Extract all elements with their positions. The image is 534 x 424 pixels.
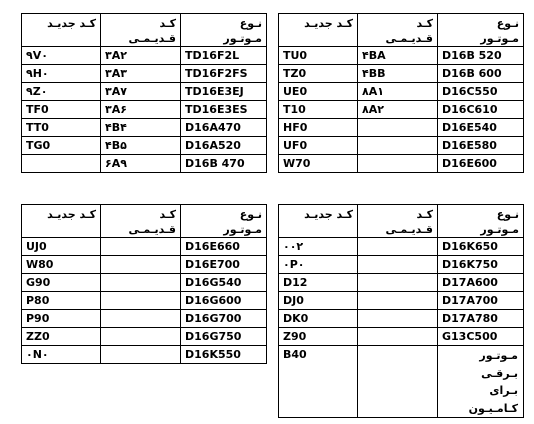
header-row: کـد جدیـد کـدقـدیـمـی نـوعمـوتـور (279, 205, 524, 238)
table-row: TZ0۴BBD16B 600 (279, 65, 524, 83)
engine-code-table-bottom-right: کـد جدیـد کـدقـدیـمـی نـوعمـوتـور ۰۰۲D16… (278, 204, 524, 418)
old-code-cell: ۳A۷ (101, 83, 181, 101)
old-code-cell (101, 238, 181, 256)
table-row: ۰N۰D16K550 (22, 346, 267, 364)
new-code-cell: ۰P۰ (279, 256, 358, 274)
old-code-cell: ۳A۲ (101, 47, 181, 65)
new-code-cell: P90 (22, 310, 101, 328)
header-motor-type: نـوعمـوتـور (181, 14, 267, 47)
old-code-cell: ۳A۳ (101, 65, 181, 83)
table-row: TU0۴BAD16B 520 (279, 47, 524, 65)
motor-type-cell: TD16F2L (181, 47, 267, 65)
table-row: ۹V۰۳A۲TD16F2L (22, 47, 267, 65)
motor-type-cell: TD16E3ES (181, 101, 267, 119)
new-code-cell: TF0 (22, 101, 101, 119)
old-code-cell (358, 328, 438, 346)
header-motor-type-line2: مـوتـور (223, 32, 262, 45)
table-row: UE0۸A۱D16C550 (279, 83, 524, 101)
motor-type-cell: D16K750 (438, 256, 524, 274)
new-code-cell: Z90 (279, 328, 358, 346)
motor-type-cell: D16B 470 (181, 155, 267, 173)
motor-type-cell: D16B 600 (438, 65, 524, 83)
header-old-code-line2: قـدیـمـی (386, 32, 433, 45)
header-old-code-line1: کـد (416, 17, 433, 30)
header-motor-type: نـوعمـوتـور (438, 14, 524, 47)
header-motor-type-line2: مـوتـور (480, 32, 519, 45)
motor-type-cell: D16E540 (438, 119, 524, 137)
new-code-cell: ۹V۰ (22, 47, 101, 65)
header-row: کـد جدیـد کـدقـدیـمـی نـوعمـوتـور (279, 14, 524, 47)
new-code-cell: G90 (22, 274, 101, 292)
table-row: UF0D16E580 (279, 137, 524, 155)
old-code-cell (101, 256, 181, 274)
table-row: TF0۳A۶TD16E3ES (22, 101, 267, 119)
motor-type-cell: TD16F2FS (181, 65, 267, 83)
motor-type-cell: D17A600 (438, 274, 524, 292)
header-motor-type: نـوعمـوتـور (181, 205, 267, 238)
table-row: T10۸A۲D16C610 (279, 101, 524, 119)
header-old-code-line1: کـد (159, 208, 176, 221)
old-code-cell (358, 310, 438, 328)
table-row: UJ0D16E660 (22, 238, 267, 256)
table-row: P90D16G700 (22, 310, 267, 328)
header-new-code: کـد جدیـد (22, 205, 101, 238)
old-code-cell (358, 119, 438, 137)
table-row: ۶A۹D16B 470 (22, 155, 267, 173)
motor-type-cell: D16K650 (438, 238, 524, 256)
engine-code-table-bottom-left: کـد جدیـد کـدقـدیـمـی نـوعمـوتـور UJ0D16… (21, 204, 267, 364)
table-row: ۹H۰۳A۳TD16F2FS (22, 65, 267, 83)
old-code-cell (101, 292, 181, 310)
old-code-cell (358, 155, 438, 173)
new-code-cell: ۹Z۰ (22, 83, 101, 101)
table-row: ۰۰۲D16K650 (279, 238, 524, 256)
header-motor-type-line1: نـوع (240, 17, 262, 30)
motor-type-cell: مـوتـوربـرقـیبـرایکـامـیـون (438, 346, 524, 418)
new-code-cell (22, 155, 101, 173)
new-code-cell: ۰N۰ (22, 346, 101, 364)
table-row: HF0D16E540 (279, 119, 524, 137)
header-row: کـد جدیـد کـدقـدیـمـی نـوعمـوتـور (22, 205, 267, 238)
old-code-cell: ۳A۶ (101, 101, 181, 119)
new-code-cell: TZ0 (279, 65, 358, 83)
header-old-code: کـدقـدیـمـی (358, 205, 438, 238)
new-code-cell: DJ0 (279, 292, 358, 310)
old-code-cell: ۴B۴ (101, 119, 181, 137)
new-code-cell: TG0 (22, 137, 101, 155)
table-row: ZZ0D16G750 (22, 328, 267, 346)
old-code-cell (101, 310, 181, 328)
header-old-code: کـدقـدیـمـی (101, 14, 181, 47)
old-code-cell: ۴B۵ (101, 137, 181, 155)
old-code-cell (358, 137, 438, 155)
old-code-cell: ۴BA (358, 47, 438, 65)
motor-type-cell: D16A470 (181, 119, 267, 137)
new-code-cell: UF0 (279, 137, 358, 155)
old-code-cell (358, 274, 438, 292)
motor-type-cell: D16E660 (181, 238, 267, 256)
motor-type-cell: D16E580 (438, 137, 524, 155)
motor-type-cell: TD16E3EJ (181, 83, 267, 101)
old-code-cell (358, 238, 438, 256)
motor-type-cell: D16A520 (181, 137, 267, 155)
old-code-cell: ۸A۱ (358, 83, 438, 101)
motor-type-cell: D16G700 (181, 310, 267, 328)
old-code-cell (358, 256, 438, 274)
new-code-cell: ۰۰۲ (279, 238, 358, 256)
new-code-cell: TT0 (22, 119, 101, 137)
motor-type-cell: D16C550 (438, 83, 524, 101)
old-code-cell: ۶A۹ (101, 155, 181, 173)
engine-code-table-top-right: کـد جدیـد کـدقـدیـمـی نـوعمـوتـور TU0۴BA… (278, 13, 524, 173)
header-motor-type: نـوعمـوتـور (438, 205, 524, 238)
header-old-code-line2: قـدیـمـی (386, 223, 433, 236)
header-old-code-line1: کـد (416, 208, 433, 221)
table-row: ۰P۰D16K750 (279, 256, 524, 274)
new-code-cell: HF0 (279, 119, 358, 137)
new-code-cell: B40 (279, 346, 358, 418)
motor-type-cell: D16K550 (181, 346, 267, 364)
motor-type-cell: D16B 520 (438, 47, 524, 65)
table-row: DJ0D17A700 (279, 292, 524, 310)
new-code-cell: W80 (22, 256, 101, 274)
new-code-cell: DK0 (279, 310, 358, 328)
header-motor-type-line1: نـوع (240, 208, 262, 221)
motor-type-cell: D16G750 (181, 328, 267, 346)
header-old-code-line1: کـد (159, 17, 176, 30)
motor-type-cell: D16C610 (438, 101, 524, 119)
table-row: TG0۴B۵D16A520 (22, 137, 267, 155)
header-old-code-line2: قـدیـمـی (129, 223, 176, 236)
table-row: ۹Z۰۳A۷TD16E3EJ (22, 83, 267, 101)
new-code-cell: ۹H۰ (22, 65, 101, 83)
old-code-cell (101, 328, 181, 346)
header-old-code: کـدقـدیـمـی (101, 205, 181, 238)
table-row: D12D17A600 (279, 274, 524, 292)
engine-code-table-top-left: کـد جدیـد کـدقـدیـمـی نـوعمـوتـور ۹V۰۳A۲… (21, 13, 267, 173)
table-row: P80D16G600 (22, 292, 267, 310)
old-code-cell (358, 346, 438, 418)
old-code-cell (101, 346, 181, 364)
old-code-cell (101, 274, 181, 292)
new-code-cell: TU0 (279, 47, 358, 65)
header-motor-type-line2: مـوتـور (480, 223, 519, 236)
header-new-code: کـد جدیـد (22, 14, 101, 47)
header-old-code-line2: قـدیـمـی (129, 32, 176, 45)
new-code-cell: ZZ0 (22, 328, 101, 346)
motor-type-cell: D17A780 (438, 310, 524, 328)
table-row: G90D16G540 (22, 274, 267, 292)
header-new-code: کـد جدیـد (279, 205, 358, 238)
motor-type-cell: D16E700 (181, 256, 267, 274)
table-row: DK0D17A780 (279, 310, 524, 328)
old-code-cell (358, 292, 438, 310)
table-row: W80D16E700 (22, 256, 267, 274)
new-code-cell: UJ0 (22, 238, 101, 256)
motor-type-cell: D16G540 (181, 274, 267, 292)
header-motor-type-line2: مـوتـور (223, 223, 262, 236)
motor-type-cell: D17A700 (438, 292, 524, 310)
new-code-cell: T10 (279, 101, 358, 119)
old-code-cell: ۴BB (358, 65, 438, 83)
header-motor-type-line1: نـوع (497, 208, 519, 221)
table-row: W70D16E600 (279, 155, 524, 173)
new-code-cell: D12 (279, 274, 358, 292)
new-code-cell: P80 (22, 292, 101, 310)
new-code-cell: W70 (279, 155, 358, 173)
motor-type-cell: G13C500 (438, 328, 524, 346)
header-new-code: کـد جدیـد (279, 14, 358, 47)
table-row: TT0۴B۴D16A470 (22, 119, 267, 137)
header-old-code: کـدقـدیـمـی (358, 14, 438, 47)
motor-type-cell: D16E600 (438, 155, 524, 173)
table-row: B40مـوتـوربـرقـیبـرایکـامـیـون (279, 346, 524, 418)
table-row: Z90G13C500 (279, 328, 524, 346)
old-code-cell: ۸A۲ (358, 101, 438, 119)
header-row: کـد جدیـد کـدقـدیـمـی نـوعمـوتـور (22, 14, 267, 47)
new-code-cell: UE0 (279, 83, 358, 101)
header-motor-type-line1: نـوع (497, 17, 519, 30)
motor-type-cell: D16G600 (181, 292, 267, 310)
